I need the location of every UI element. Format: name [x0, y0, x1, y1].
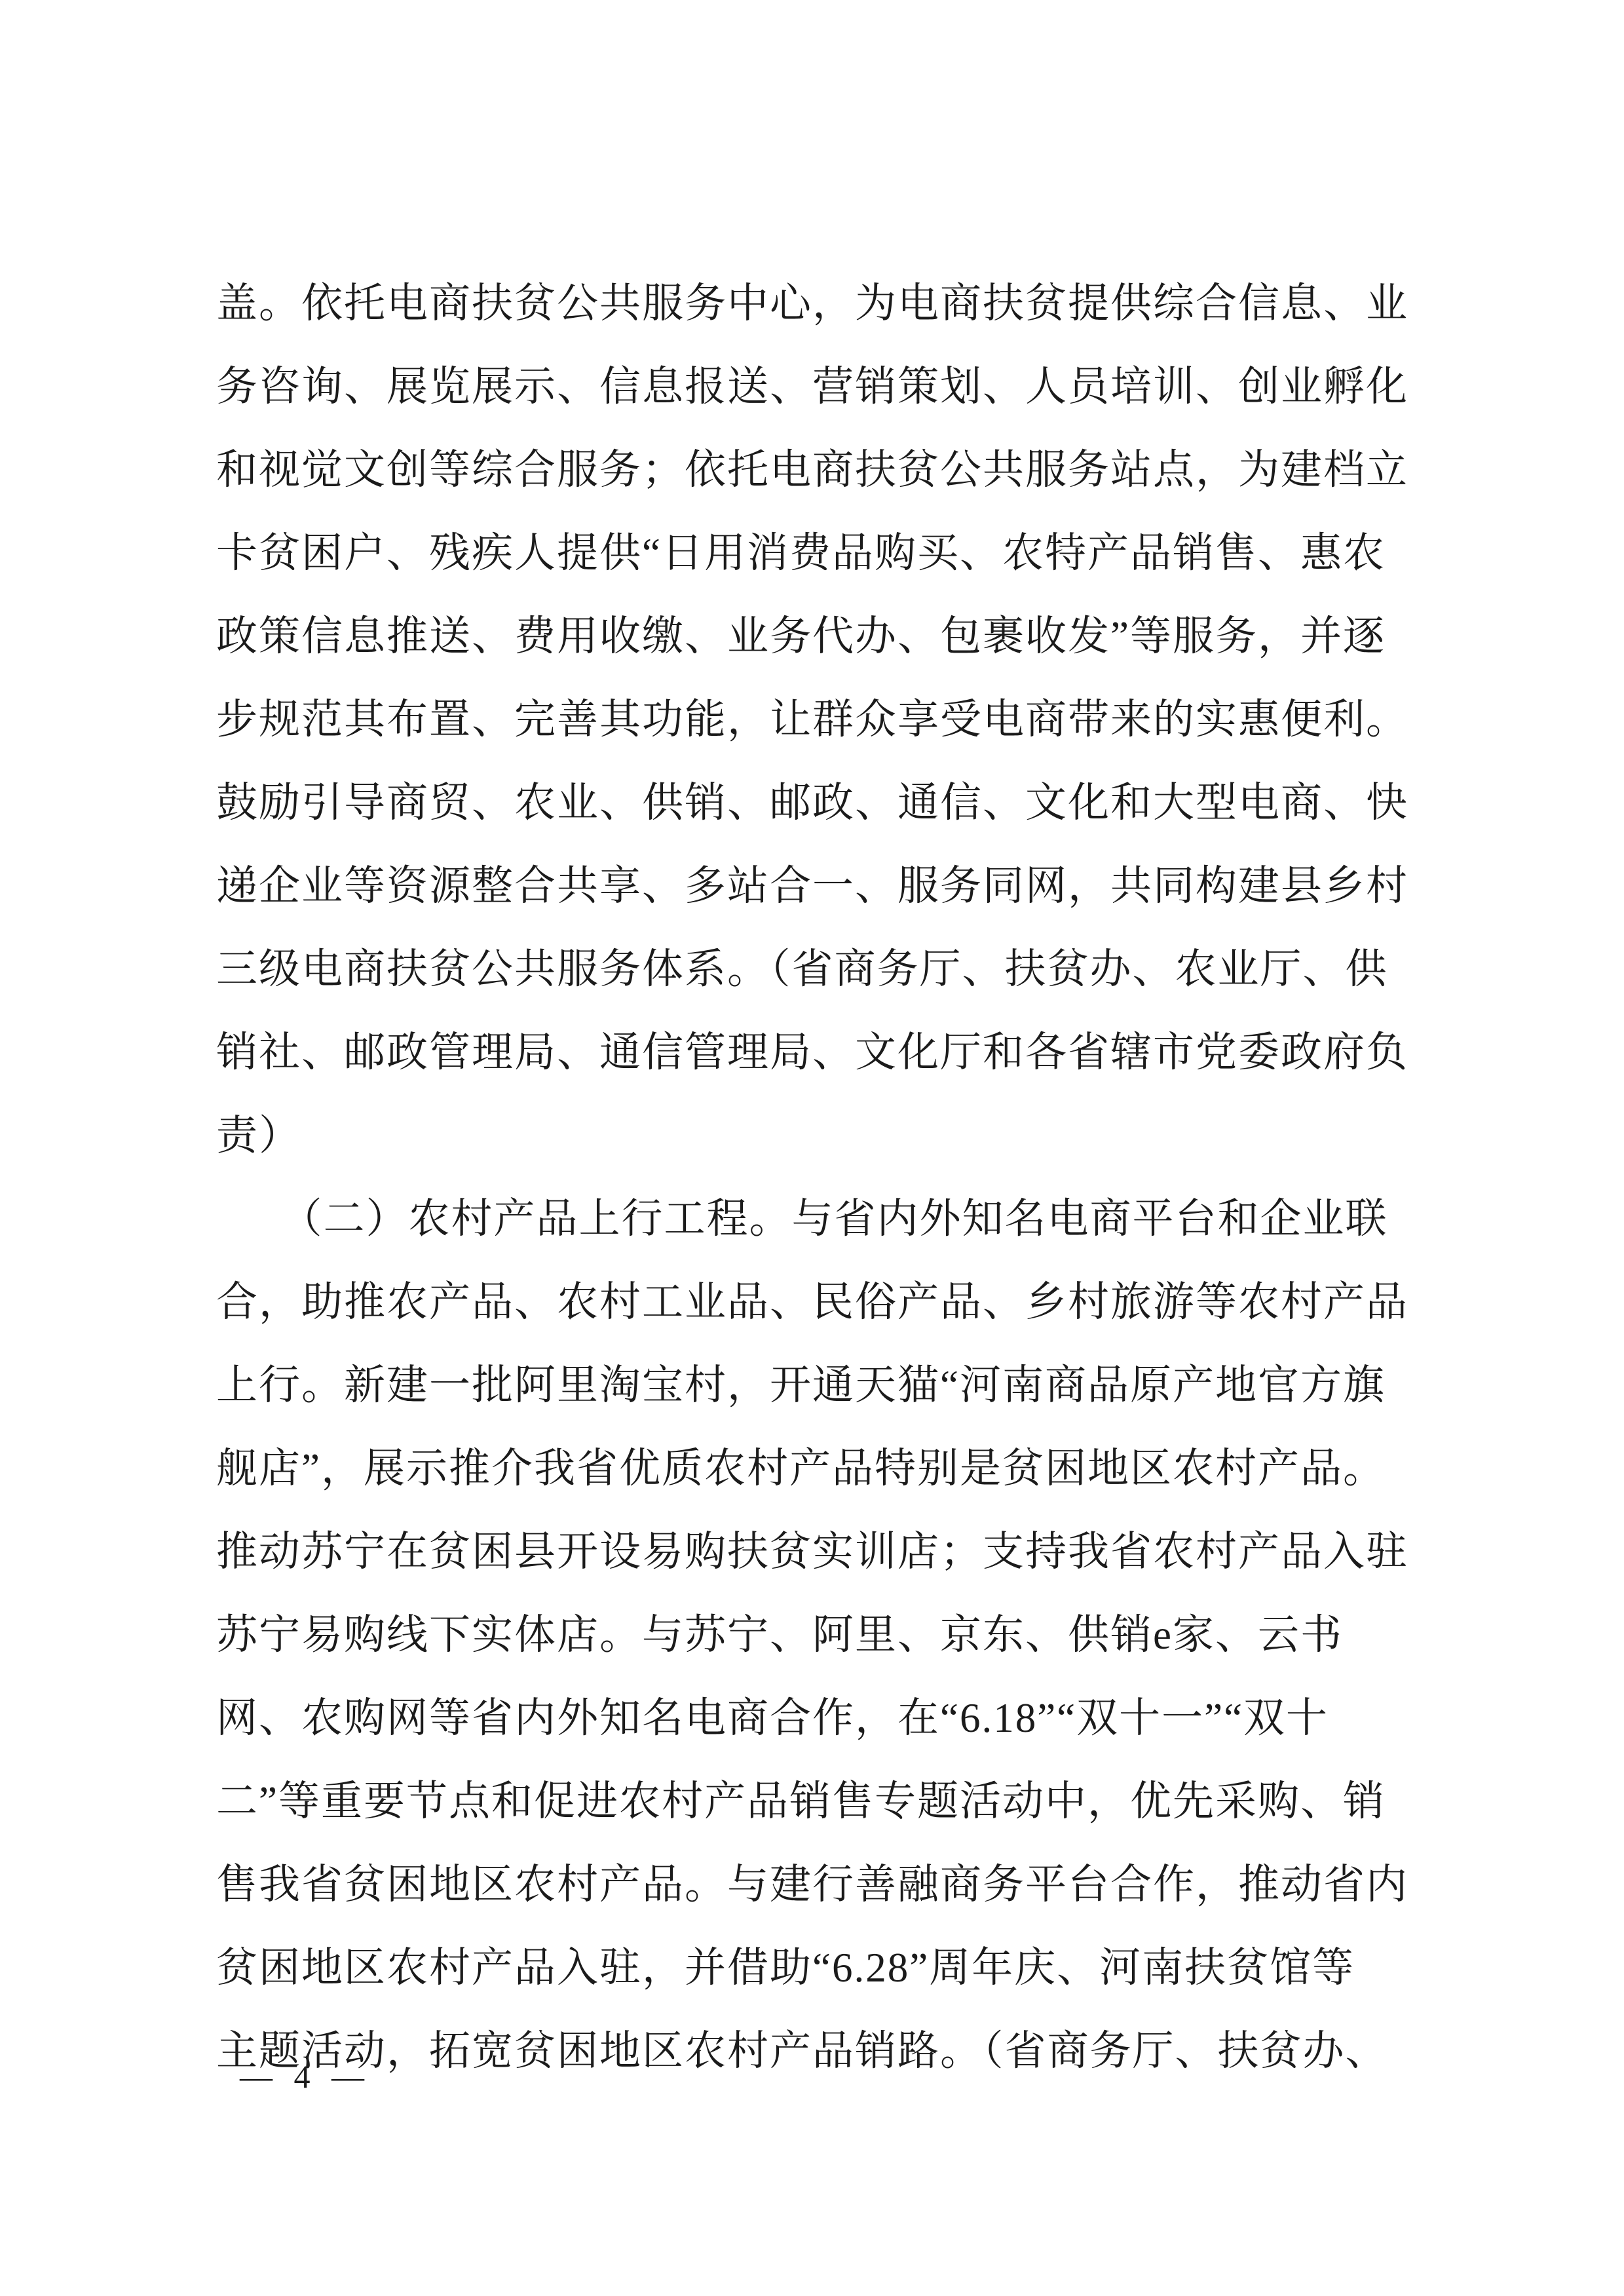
- text-line: 责）: [216, 1094, 1411, 1177]
- text-line: 苏宁易购线下实体店。与苏宁、阿里、京东、供销e家、云书: [216, 1594, 1411, 1677]
- text-line: 网、农购网等省内外知名电商合作，在“6.18”“双十一”“双十: [216, 1677, 1411, 1760]
- text-line: 售我省贫困地区农村产品。与建行善融商务平台合作，推动省内: [216, 1843, 1411, 1926]
- page-number: — 4 —: [240, 2057, 371, 2095]
- text-line: 推动苏宁在贫困县开设易购扶贫实训店；支持我省农村产品入驻: [216, 1510, 1411, 1594]
- text-line: 三级电商扶贫公共服务体系。（省商务厅、扶贫办、农业厅、供: [216, 928, 1411, 1011]
- text-line: 务咨询、展览展示、信息报送、营销策划、人员培训、创业孵化: [216, 345, 1411, 429]
- text-line: 销社、邮政管理局、通信管理局、文化厅和各省辖市党委政府负: [216, 1011, 1411, 1094]
- text-line: 和视觉文创等综合服务；依托电商扶贫公共服务站点，为建档立: [216, 429, 1411, 512]
- text-line: 合，助推农产品、农村工业品、民俗产品、乡村旅游等农村产品: [216, 1261, 1411, 1344]
- document-page: 盖。依托电商扶贫公共服务中心，为电商扶贫提供综合信息、业务咨询、展览展示、信息报…: [0, 0, 1624, 2296]
- text-line: 卡贫困户、残疾人提供“日用消费品购买、农特产品销售、惠农: [216, 512, 1411, 595]
- text-line: 二”等重要节点和促进农村产品销售专题活动中，优先采购、销: [216, 1760, 1411, 1843]
- text-line: 贫困地区农村产品入驻，并借助“6.28”周年庆、河南扶贫馆等: [216, 1926, 1411, 2010]
- text-line: 盖。依托电商扶贫公共服务中心，为电商扶贫提供综合信息、业: [216, 262, 1411, 345]
- text-line: 鼓励引导商贸、农业、供销、邮政、通信、文化和大型电商、快: [216, 761, 1411, 845]
- text-line: （二）农村产品上行工程。与省内外知名电商平台和企业联: [216, 1177, 1411, 1261]
- text-line: 上行。新建一批阿里淘宝村，开通天猫“河南商品原产地官方旗: [216, 1344, 1411, 1427]
- text-line: 主题活动，拓宽贫困地区农村产品销路。（省商务厅、扶贫办、: [216, 2010, 1411, 2093]
- text-line: 递企业等资源整合共享、多站合一、服务同网，共同构建县乡村: [216, 845, 1411, 928]
- text-line: 舰店”，展示推介我省优质农村产品特别是贫困地区农村产品。: [216, 1427, 1411, 1510]
- body-text: 盖。依托电商扶贫公共服务中心，为电商扶贫提供综合信息、业务咨询、展览展示、信息报…: [216, 262, 1411, 2093]
- text-line: 政策信息推送、费用收缴、业务代办、包裹收发”等服务，并逐: [216, 595, 1411, 678]
- text-line: 步规范其布置、完善其功能，让群众享受电商带来的实惠便利。: [216, 678, 1411, 761]
